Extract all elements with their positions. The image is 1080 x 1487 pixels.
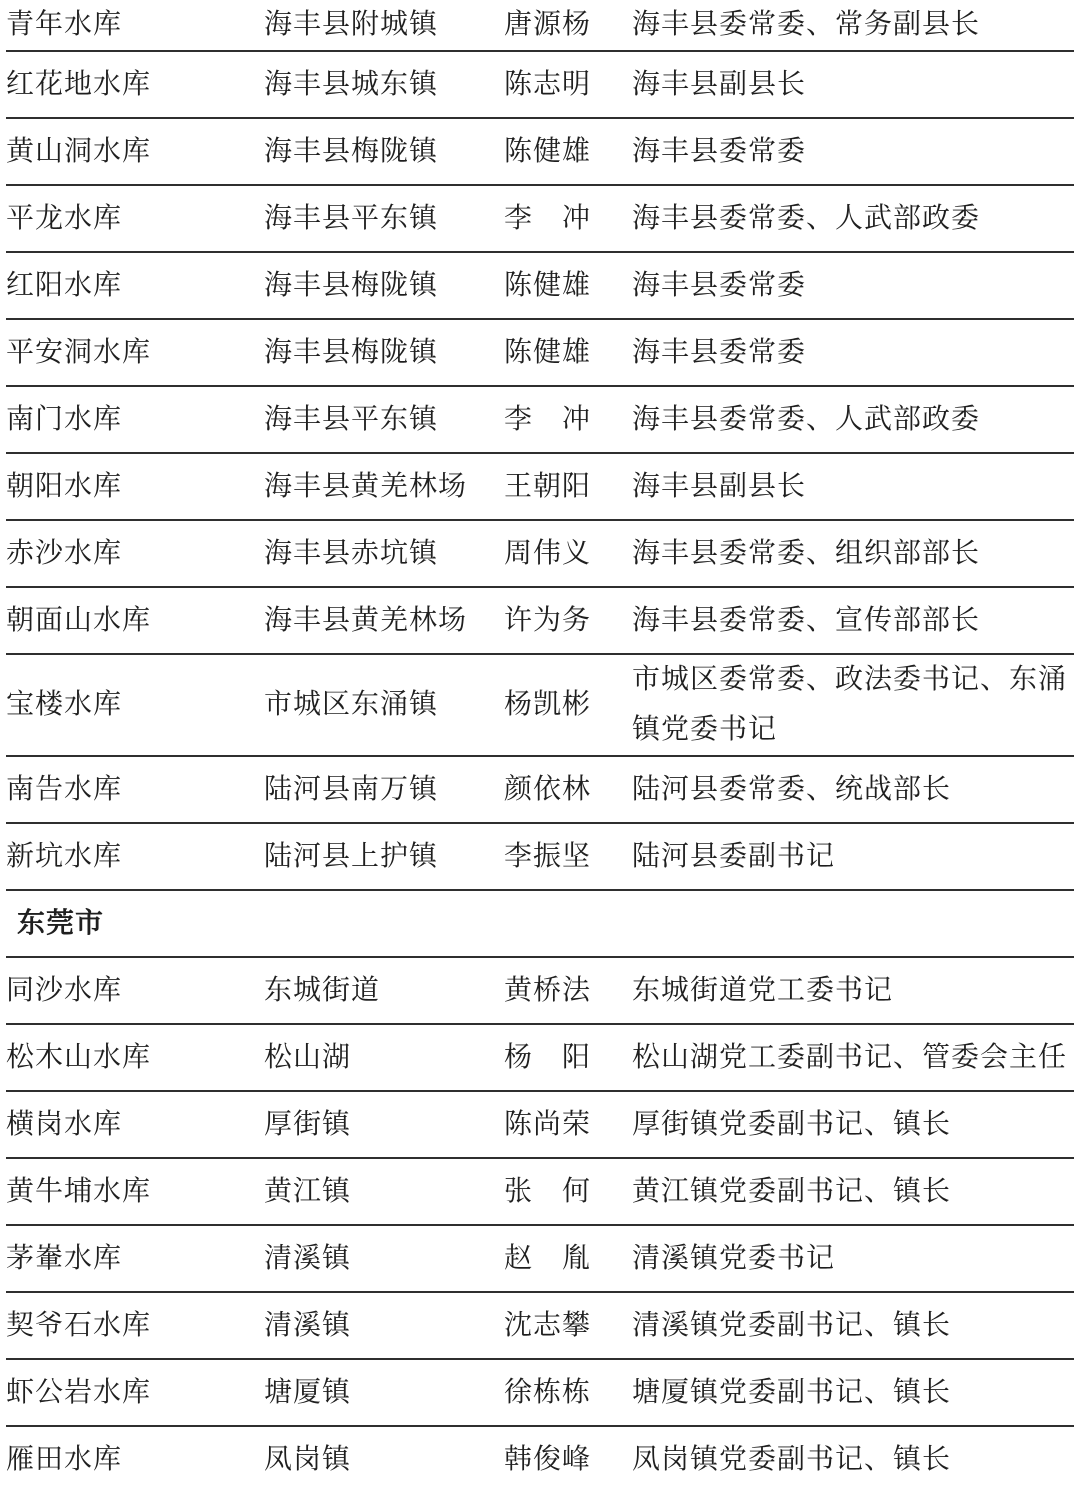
- reservoir-name-cell: 南告水库: [6, 756, 264, 823]
- position-cell: 东城街道党工委书记: [632, 957, 1074, 1024]
- location-cell: 海丰县梅陇镇: [264, 118, 504, 185]
- location-cell: 清溪镇: [264, 1292, 504, 1359]
- chief-name-cell: 黄桥法: [504, 957, 632, 1024]
- position-cell: 海丰县副县长: [632, 453, 1074, 520]
- position-cell: 海丰县委常委、宣传部部长: [632, 587, 1074, 654]
- location-cell: 松山湖: [264, 1024, 504, 1091]
- chief-name-cell: 陈健雄: [504, 118, 632, 185]
- position-cell: 海丰县委常委: [632, 252, 1074, 319]
- position-cell: 海丰县委常委、人武部政委: [632, 185, 1074, 252]
- reservoir-name-cell: 黄牛埔水库: [6, 1158, 264, 1225]
- table-row: 黄牛埔水库黄江镇张 何黄江镇党委副书记、镇长: [6, 1158, 1074, 1225]
- location-cell: 海丰县黄羌林场: [264, 587, 504, 654]
- location-cell: 陆河县上护镇: [264, 823, 504, 890]
- reservoir-name-cell: 松木山水库: [6, 1024, 264, 1091]
- position-cell: 市城区委常委、政法委书记、东涌镇党委书记: [632, 654, 1074, 756]
- reservoir-name-cell: 雁田水库: [6, 1426, 264, 1487]
- reservoir-name-cell: 横岗水库: [6, 1091, 264, 1158]
- reservoir-name-cell: 朝面山水库: [6, 587, 264, 654]
- location-cell: 海丰县赤坑镇: [264, 520, 504, 587]
- position-cell: 塘厦镇党委副书记、镇长: [632, 1359, 1074, 1426]
- table-row: 虾公岩水库塘厦镇徐栋栋塘厦镇党委副书记、镇长: [6, 1359, 1074, 1426]
- table-row: 宝楼水库市城区东涌镇杨凯彬市城区委常委、政法委书记、东涌镇党委书记: [6, 654, 1074, 756]
- location-cell: 陆河县南万镇: [264, 756, 504, 823]
- location-cell: 凤岗镇: [264, 1426, 504, 1487]
- position-cell: 黄江镇党委副书记、镇长: [632, 1158, 1074, 1225]
- chief-name-cell: 陈健雄: [504, 319, 632, 386]
- section-header-row: 东莞市: [6, 890, 1074, 957]
- table-row: 朝阳水库海丰县黄羌林场王朝阳海丰县副县长: [6, 453, 1074, 520]
- chief-name-cell: 颜依林: [504, 756, 632, 823]
- position-cell: 海丰县委常委: [632, 118, 1074, 185]
- location-cell: 塘厦镇: [264, 1359, 504, 1426]
- location-cell: 海丰县黄羌林场: [264, 453, 504, 520]
- location-cell: 清溪镇: [264, 1225, 504, 1292]
- chief-name-cell: 张 何: [504, 1158, 632, 1225]
- table-row: 红阳水库海丰县梅陇镇陈健雄海丰县委常委: [6, 252, 1074, 319]
- location-cell: 厚街镇: [264, 1091, 504, 1158]
- chief-name-cell: 李振坚: [504, 823, 632, 890]
- table-row: 横岗水库厚街镇陈尚荣厚街镇党委副书记、镇长: [6, 1091, 1074, 1158]
- chief-name-cell: 沈志攀: [504, 1292, 632, 1359]
- chief-name-cell: 徐栋栋: [504, 1359, 632, 1426]
- position-cell: 清溪镇党委副书记、镇长: [632, 1292, 1074, 1359]
- chief-name-cell: 杨 阳: [504, 1024, 632, 1091]
- chief-name-cell: 许为务: [504, 587, 632, 654]
- table-body: 青年水库海丰县附城镇唐源杨海丰县委常委、常务副县长红花地水库海丰县城东镇陈志明海…: [6, 0, 1074, 1487]
- location-cell: 海丰县平东镇: [264, 386, 504, 453]
- table-row: 南门水库海丰县平东镇李 冲海丰县委常委、人武部政委: [6, 386, 1074, 453]
- position-cell: 陆河县委副书记: [632, 823, 1074, 890]
- location-cell: 市城区东涌镇: [264, 654, 504, 756]
- location-cell: 东城街道: [264, 957, 504, 1024]
- reservoir-name-cell: 红阳水库: [6, 252, 264, 319]
- table-row: 南告水库陆河县南万镇颜依林陆河县委常委、统战部长: [6, 756, 1074, 823]
- position-cell: 海丰县副县长: [632, 51, 1074, 118]
- table-row: 同沙水库东城街道黄桥法东城街道党工委书记: [6, 957, 1074, 1024]
- chief-name-cell: 陈健雄: [504, 252, 632, 319]
- position-cell: 厚街镇党委副书记、镇长: [632, 1091, 1074, 1158]
- reservoir-name-cell: 宝楼水库: [6, 654, 264, 756]
- table-row: 松木山水库松山湖杨 阳松山湖党工委副书记、管委会主任: [6, 1024, 1074, 1091]
- position-cell: 陆河县委常委、统战部长: [632, 756, 1074, 823]
- position-cell: 海丰县委常委: [632, 319, 1074, 386]
- table-row: 平安洞水库海丰县梅陇镇陈健雄海丰县委常委: [6, 319, 1074, 386]
- reservoir-name-cell: 新坑水库: [6, 823, 264, 890]
- reservoir-name-cell: 平安洞水库: [6, 319, 264, 386]
- reservoir-name-cell: 同沙水库: [6, 957, 264, 1024]
- table-row: 新坑水库陆河县上护镇李振坚陆河县委副书记: [6, 823, 1074, 890]
- table-row: 赤沙水库海丰县赤坑镇周伟义海丰县委常委、组织部部长: [6, 520, 1074, 587]
- reservoir-chiefs-table: 青年水库海丰县附城镇唐源杨海丰县委常委、常务副县长红花地水库海丰县城东镇陈志明海…: [6, 0, 1074, 1487]
- chief-name-cell: 韩俊峰: [504, 1426, 632, 1487]
- table-row: 朝面山水库海丰县黄羌林场许为务海丰县委常委、宣传部部长: [6, 587, 1074, 654]
- position-cell: 海丰县委常委、人武部政委: [632, 386, 1074, 453]
- position-cell: 松山湖党工委副书记、管委会主任: [632, 1024, 1074, 1091]
- table-row: 青年水库海丰县附城镇唐源杨海丰县委常委、常务副县长: [6, 0, 1074, 51]
- chief-name-cell: 陈尚荣: [504, 1091, 632, 1158]
- reservoir-name-cell: 青年水库: [6, 0, 264, 51]
- table-row: 茅輋水库清溪镇赵 胤清溪镇党委书记: [6, 1225, 1074, 1292]
- reservoir-name-cell: 红花地水库: [6, 51, 264, 118]
- reservoir-name-cell: 南门水库: [6, 386, 264, 453]
- chief-name-cell: 王朝阳: [504, 453, 632, 520]
- chief-name-cell: 周伟义: [504, 520, 632, 587]
- chief-name-cell: 杨凯彬: [504, 654, 632, 756]
- table-row: 雁田水库凤岗镇韩俊峰凤岗镇党委副书记、镇长: [6, 1426, 1074, 1487]
- position-cell: 清溪镇党委书记: [632, 1225, 1074, 1292]
- location-cell: 黄江镇: [264, 1158, 504, 1225]
- position-cell: 凤岗镇党委副书记、镇长: [632, 1426, 1074, 1487]
- chief-name-cell: 陈志明: [504, 51, 632, 118]
- position-cell: 海丰县委常委、常务副县长: [632, 0, 1074, 51]
- reservoir-name-cell: 茅輋水库: [6, 1225, 264, 1292]
- table-row: 契爷石水库清溪镇沈志攀清溪镇党委副书记、镇长: [6, 1292, 1074, 1359]
- section-header-label: 东莞市: [6, 890, 1074, 957]
- table-row: 黄山洞水库海丰县梅陇镇陈健雄海丰县委常委: [6, 118, 1074, 185]
- table-row: 平龙水库海丰县平东镇李 冲海丰县委常委、人武部政委: [6, 185, 1074, 252]
- chief-name-cell: 李 冲: [504, 185, 632, 252]
- location-cell: 海丰县梅陇镇: [264, 252, 504, 319]
- reservoir-name-cell: 契爷石水库: [6, 1292, 264, 1359]
- chief-name-cell: 唐源杨: [504, 0, 632, 51]
- chief-name-cell: 李 冲: [504, 386, 632, 453]
- table-row: 红花地水库海丰县城东镇陈志明海丰县副县长: [6, 51, 1074, 118]
- chief-name-cell: 赵 胤: [504, 1225, 632, 1292]
- reservoir-name-cell: 平龙水库: [6, 185, 264, 252]
- reservoir-name-cell: 虾公岩水库: [6, 1359, 264, 1426]
- location-cell: 海丰县梅陇镇: [264, 319, 504, 386]
- reservoir-name-cell: 黄山洞水库: [6, 118, 264, 185]
- location-cell: 海丰县附城镇: [264, 0, 504, 51]
- reservoir-name-cell: 朝阳水库: [6, 453, 264, 520]
- position-cell: 海丰县委常委、组织部部长: [632, 520, 1074, 587]
- location-cell: 海丰县城东镇: [264, 51, 504, 118]
- reservoir-name-cell: 赤沙水库: [6, 520, 264, 587]
- location-cell: 海丰县平东镇: [264, 185, 504, 252]
